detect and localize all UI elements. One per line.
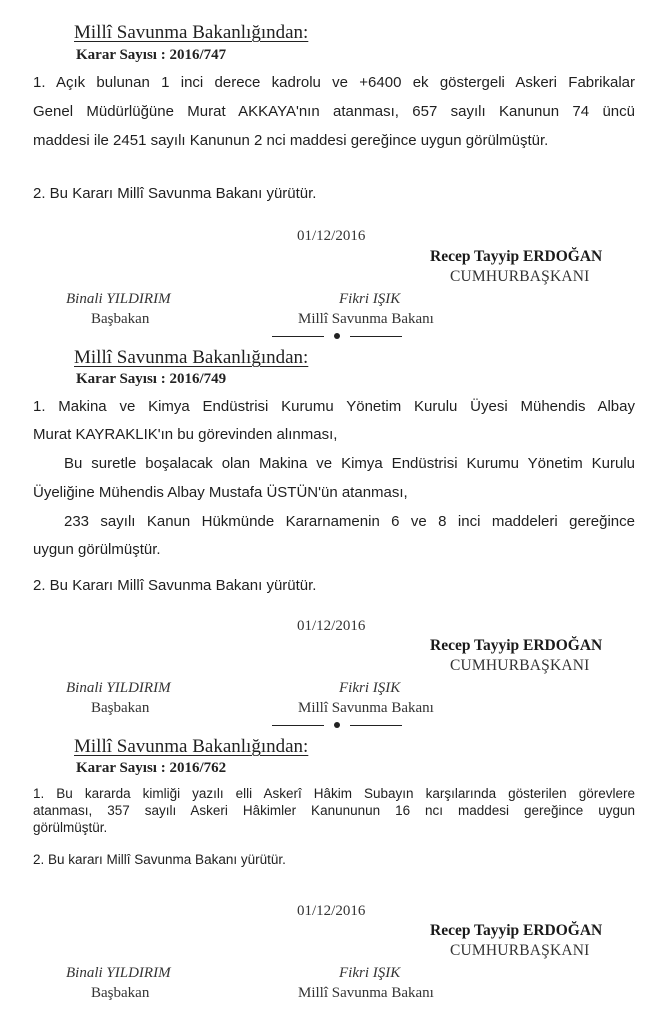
- bullet-separator-icon: [272, 719, 402, 731]
- paragraph-line: görülmüştür.: [33, 820, 107, 835]
- decision-number: Karar Sayısı : 2016/747: [76, 47, 226, 64]
- decision-number: Karar Sayısı : 2016/749: [76, 371, 226, 388]
- ministry-heading: Millî Savunma Bakanlığından:: [74, 736, 308, 758]
- minister-name: Fikri IŞIK: [339, 680, 400, 697]
- decision-number: Karar Sayısı : 2016/762: [76, 760, 226, 777]
- president-name: Recep Tayyip ERDOĞAN: [430, 637, 602, 655]
- paragraph-line: atanması, 357 sayılı Askeri Hâkimler Kan…: [33, 803, 635, 818]
- minister-name: Fikri IŞIK: [339, 291, 400, 308]
- president-title: CUMHURBAŞKANI: [450, 268, 590, 286]
- item-2: 2. Bu Kararı Millî Savunma Bakanı yürütü…: [33, 185, 316, 202]
- paragraph-line: uygun görülmüştür.: [33, 541, 161, 558]
- prime-minister-name: Binali YILDIRIM: [66, 965, 171, 982]
- president-name: Recep Tayyip ERDOĞAN: [430, 922, 602, 940]
- minister-title: Millî Savunma Bakanı: [298, 700, 434, 717]
- prime-minister-title: Başbakan: [91, 700, 149, 717]
- president-title: CUMHURBAŞKANI: [450, 657, 590, 675]
- paragraph-line: 1. Bu kararda kimliği yazılı elli Askerî…: [33, 786, 635, 801]
- minister-title: Millî Savunma Bakanı: [298, 311, 434, 328]
- minister-name: Fikri IŞIK: [339, 965, 400, 982]
- prime-minister-title: Başbakan: [91, 985, 149, 1002]
- item-2: 2. Bu kararı Millî Savunma Bakanı yürütü…: [33, 852, 286, 867]
- item-2: 2. Bu Kararı Millî Savunma Bakanı yürütü…: [33, 577, 316, 594]
- minister-title: Millî Savunma Bakanı: [298, 985, 434, 1002]
- paragraph-line: Üyeliğine Mühendis Albay Mustafa ÜSTÜN'ü…: [33, 484, 408, 501]
- decision-date: 01/12/2016: [297, 903, 365, 920]
- paragraph-line: maddesi ile 2451 sayılı Kanunun 2 nci ma…: [33, 132, 548, 149]
- prime-minister-name: Binali YILDIRIM: [66, 291, 171, 308]
- paragraph-line: Genel Müdürlüğüne Murat AKKAYA'nın atanm…: [33, 103, 635, 120]
- president-name: Recep Tayyip ERDOĞAN: [430, 248, 602, 266]
- ministry-heading: Millî Savunma Bakanlığından:: [74, 22, 308, 44]
- president-title: CUMHURBAŞKANI: [450, 942, 590, 960]
- prime-minister-title: Başbakan: [91, 311, 149, 328]
- ministry-heading: Millî Savunma Bakanlığından:: [74, 347, 308, 369]
- paragraph-line: 1. Açık bulunan 1 inci derece kadrolu ve…: [33, 74, 635, 91]
- prime-minister-name: Binali YILDIRIM: [66, 680, 171, 697]
- decision-date: 01/12/2016: [297, 618, 365, 635]
- paragraph-line: Murat KAYRAKLIK'ın bu görevinden alınmas…: [33, 426, 337, 443]
- paragraph-line: Bu suretle boşalacak olan Makina ve Kimy…: [64, 455, 635, 472]
- decision-date: 01/12/2016: [297, 228, 365, 245]
- paragraph-line: 233 sayılı Kanun Hükmünde Kararnamenin 6…: [64, 513, 635, 530]
- bullet-separator-icon: [272, 330, 402, 342]
- paragraph-line: 1. Makina ve Kimya Endüstrisi Kurumu Yön…: [33, 398, 635, 415]
